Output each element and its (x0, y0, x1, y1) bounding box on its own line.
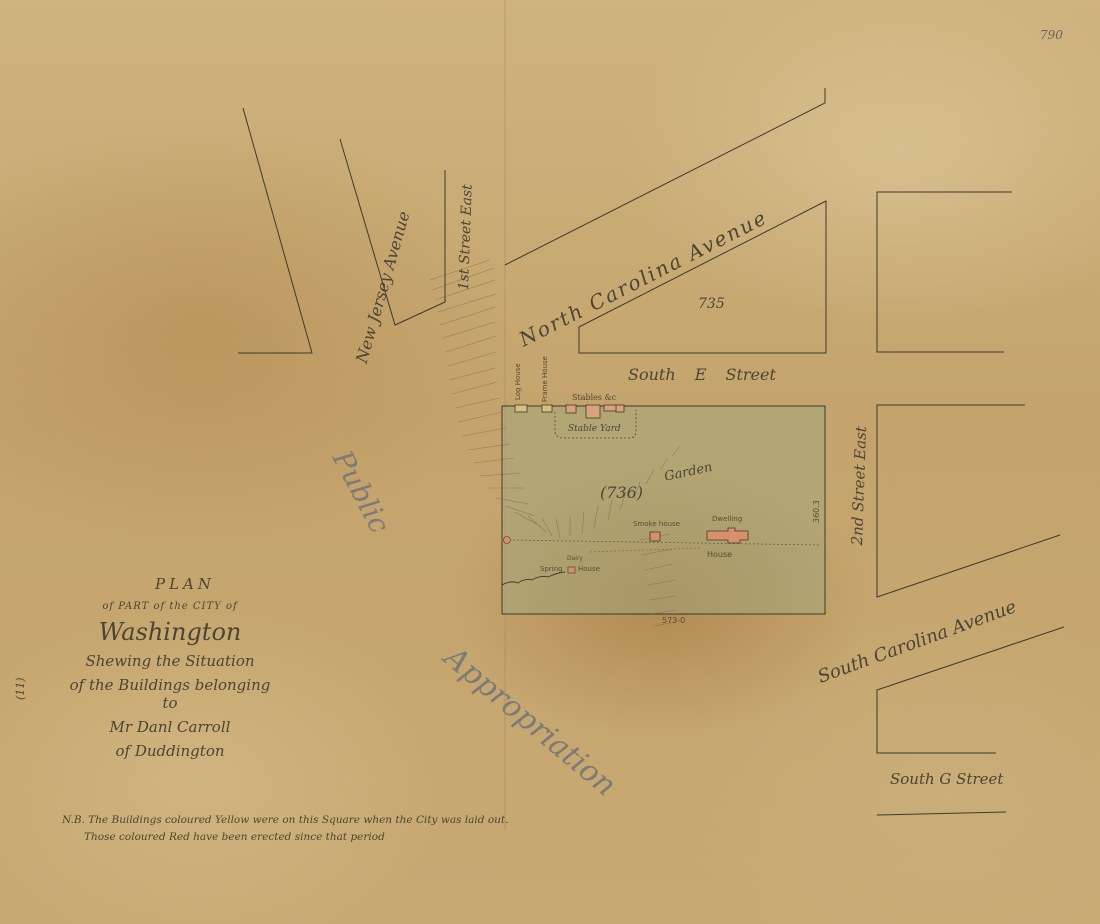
square-number-735: 735 (698, 296, 725, 312)
log-house-building (515, 405, 527, 412)
title-subtitle: of PART of the CITY of (60, 601, 280, 612)
label-house: House (707, 550, 732, 559)
label-log-house: Log House (514, 363, 522, 400)
nb-line-2: Those coloured Red have been erected sin… (62, 829, 508, 846)
label-stables: Stables &c (572, 393, 616, 402)
label-dairy: Dairy (567, 555, 583, 562)
title-owner: Mr Danl Carroll (60, 718, 280, 736)
label-spring-house: House (578, 565, 600, 573)
label-frame-house: Frame House (541, 356, 549, 402)
title-block: PLAN of PART of the CITY of Washington S… (60, 575, 280, 760)
margin-note: (11) (14, 677, 27, 700)
spring-house-building (568, 567, 575, 573)
title-shewing: Shewing the Situation (60, 652, 280, 670)
label-south-g-street: South G Street (890, 770, 1003, 788)
label-spring: Spring (540, 565, 563, 573)
title-plan: PLAN (90, 575, 280, 593)
nb-line-1: N.B. The Buildings coloured Yellow were … (62, 812, 508, 829)
nb-note: N.B. The Buildings coloured Yellow were … (62, 812, 508, 846)
label-south-e-street: South E Street (628, 365, 776, 384)
square-number-736: (736) (600, 483, 643, 502)
title-buildings: of the Buildings belonging to (60, 676, 280, 712)
page-number: 790 (1040, 28, 1063, 42)
label-stable-yard: Stable Yard (568, 424, 621, 434)
smoke-house-building (650, 532, 660, 541)
title-duddington: of Duddington (60, 742, 280, 760)
south-dimension: 573-0 (662, 616, 685, 625)
title-washington: Washington (60, 618, 280, 646)
label-dwelling: Dwelling (712, 515, 742, 523)
east-dimension: 360.3 (812, 500, 821, 523)
label-smoke-house: Smoke house (633, 520, 680, 528)
frame-house-building (542, 405, 552, 412)
garden-wash (503, 406, 825, 614)
